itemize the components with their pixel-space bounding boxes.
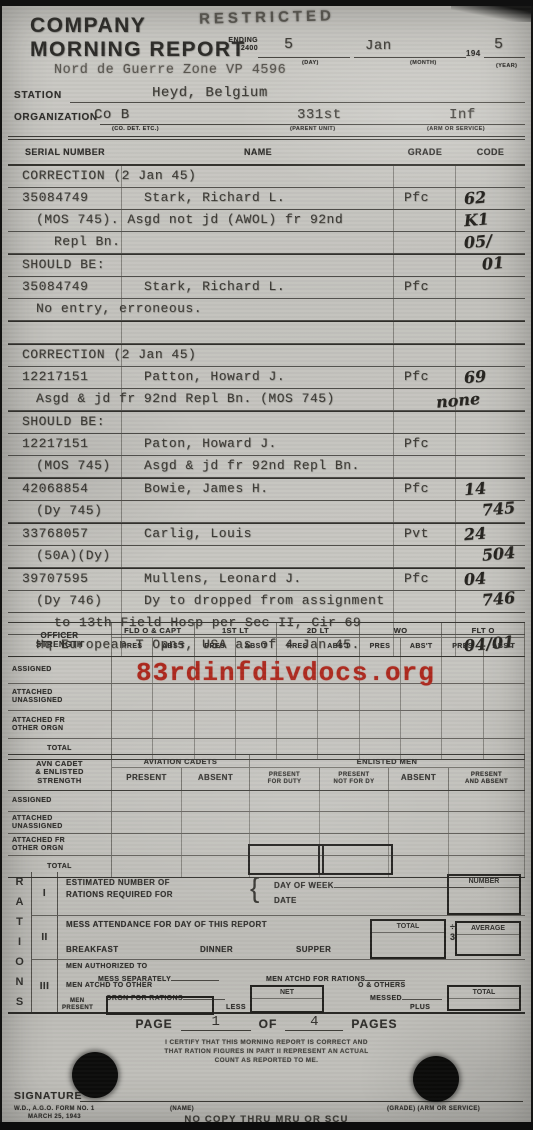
subcol-pres: PRES [195, 638, 236, 656]
records-header: SERIAL NUMBER NAME GRADE CODE [8, 140, 525, 166]
station-value: Heyd, Belgium [152, 85, 268, 101]
name-cell [122, 210, 394, 231]
strength-cell [484, 684, 525, 710]
strength-cell [112, 812, 182, 833]
supper-label: SUPPER [296, 945, 331, 954]
officer-row-attached-other: ATTACHED FR OTHER ORGN [8, 711, 525, 739]
average-box: AVERAGE [455, 921, 521, 956]
estimated-label-2: RATIONS REQUIRED FOR [66, 890, 173, 899]
subcol-pres: PRES [360, 638, 401, 656]
group-aviation-cadets: AVIATION CADETS [112, 755, 250, 768]
col-grade: GRADE [394, 147, 456, 157]
name-cell [122, 546, 394, 567]
strength-cell [195, 711, 236, 738]
name-cell [122, 501, 394, 522]
serial-cell: CORRECTION (2 Jan 45) [8, 166, 122, 187]
subcol-pres: PRES [442, 638, 483, 656]
record-row: Repl Bn.05/ [8, 232, 525, 254]
strength-cell [112, 711, 153, 738]
row-label: ATTACHED UNASSIGNED [8, 812, 112, 833]
subcol-absent: ABSENT [182, 768, 250, 790]
record-row: SHOULD BE: [8, 411, 525, 434]
section-numeral-3: III [32, 960, 58, 1012]
serial-cell: No entry, erroneous. [8, 299, 122, 320]
record-row: 35084749Stark, Richard L.Pfc [8, 277, 525, 299]
strength-cell [182, 791, 250, 811]
strength-cell [277, 711, 318, 738]
strength-cell [320, 791, 389, 811]
grade-cell [394, 501, 456, 522]
subcol-abst: ABS'T [484, 638, 525, 656]
serial-cell: 39707595 [8, 569, 122, 590]
subcol-abst: ABS'T [401, 638, 442, 656]
strength-cell [442, 711, 483, 738]
report-month-value: Jan [365, 38, 392, 54]
strength-cell [360, 711, 401, 738]
grade-cell [394, 322, 456, 343]
name-cell [122, 255, 394, 276]
record-row: CORRECTION (2 Jan 45) [8, 166, 525, 188]
subcol-pres: PRES [277, 638, 318, 656]
serial-cell: (50A)(Dy) [8, 546, 122, 567]
pages-label: PAGES [351, 1017, 397, 1031]
row-label: ASSIGNED [8, 791, 112, 811]
total-present-not-box [318, 844, 393, 875]
avn-cadet-corner: AVN CADET & ENLISTED STRENGTH [8, 755, 112, 790]
station-label: STATION [14, 90, 62, 101]
section-numeral-2: II [32, 916, 58, 960]
name-cell [122, 322, 394, 343]
present-label: PRESENT [62, 1005, 93, 1011]
month-underline [354, 56, 466, 58]
men-atchd-other-label: MEN ATCHD TO OTHER [66, 982, 152, 989]
form-title-line2: MORNING REPORT [30, 38, 246, 62]
strength-cell [449, 834, 525, 855]
grade-cell: Pfc [394, 569, 456, 590]
grade-cell: Pfc [394, 277, 456, 298]
record-row: No entry, erroneous. [8, 299, 525, 321]
org-arm-value: Inf [449, 107, 476, 123]
strength-cell [112, 834, 182, 855]
page-line: PAGE 1 OF 4 PAGES [136, 1014, 398, 1031]
grade-cell [394, 255, 456, 276]
map-reference: Nord de Guerre Zone VP 4596 [54, 63, 286, 78]
strength-cell [389, 834, 449, 855]
row-label: ASSIGNED [8, 657, 112, 683]
name-cell [122, 412, 394, 433]
officer-strength-corner: OFFICER STRENGTH [8, 623, 112, 656]
strength-cell [389, 812, 449, 833]
col-2d-lt: 2D LT [277, 623, 360, 638]
strength-cell [484, 711, 525, 738]
ending-word: ENDING [228, 37, 258, 44]
month-sublabel: (MONTH) [410, 60, 437, 66]
serial-cell: 33768057 [8, 524, 122, 545]
serial-cell: (MOS 745). Asgd not jd (AWOL) fr 92nd [8, 210, 122, 231]
grade-cell: Pfc [394, 188, 456, 209]
archive-watermark: 83rdinfdivdocs.org [136, 658, 435, 688]
breakfast-label: BREAKFAST [66, 945, 119, 954]
grade-cell [394, 591, 456, 612]
row-label: ATTACHED UNASSIGNED [8, 684, 112, 710]
record-row: (Dy 745)745 [8, 501, 525, 523]
total-present-duty-box [248, 844, 324, 875]
col-fldo-capt: FLD O & CAPT [112, 623, 195, 638]
strength-cell [250, 812, 320, 833]
name-cell [122, 232, 394, 253]
rations-section: R A T I O N S I ESTIMATED NUMBER OF RATI… [8, 872, 525, 1014]
name-cell: Dy to dropped from assignment [122, 591, 394, 612]
name-cell [122, 299, 394, 320]
strength-cell [182, 834, 250, 855]
officer-row-attached-unassigned: ATTACHED UNASSIGNED [8, 684, 525, 711]
year-prefix: 194 [466, 49, 481, 58]
serial-cell: Repl Bn. [8, 232, 122, 253]
report-day-value: 5 [284, 36, 294, 53]
average-box-label: AVERAGE [457, 923, 519, 935]
signature-label: SIGNATURE [14, 1090, 82, 1102]
name-cell [122, 389, 394, 410]
serial-cell: SHOULD BE: [8, 412, 122, 433]
form-id: W.D., A.G.O. FORM NO. 1 MARCH 25, 1943 [14, 1105, 95, 1121]
dinner-label: DINNER [200, 945, 233, 954]
men-present-box [106, 996, 214, 1015]
section-numeral-1: I [32, 872, 58, 916]
serial-cell: 35084749 [8, 188, 122, 209]
col-serial-number: SERIAL NUMBER [8, 147, 122, 157]
messed-label: MESSED [370, 991, 442, 1002]
record-row: 12217151Paton, Howard J.Pfc [8, 434, 525, 456]
name-cell: Asgd & jd fr 92nd Repl Bn. [122, 456, 394, 477]
col-code: CODE [456, 147, 525, 157]
serial-cell: 35084749 [8, 277, 122, 298]
serial-cell: 12217151 [8, 367, 122, 388]
scanned-morning-report: RESTRICTED COMPANY MORNING REPORT ENDING… [2, 6, 531, 1122]
year-sublabel: (YEAR) [496, 63, 517, 69]
strength-cell [318, 711, 359, 738]
group-enlisted-men: ENLISTED MEN [250, 755, 525, 768]
net-box: NET [250, 985, 324, 1013]
serial-cell: 12217151 [8, 434, 122, 455]
col-flt-o: FLT O [442, 623, 525, 638]
strength-cell [484, 657, 525, 683]
station-underline [70, 101, 525, 103]
name-cell: Carlig, Louis [122, 524, 394, 545]
serial-cell: 42068854 [8, 479, 122, 500]
subcol-present-not-for-dy: PRESENT NOT FOR DY [320, 768, 389, 790]
strength-cell [153, 711, 194, 738]
page-number: 1 [181, 1014, 251, 1031]
enlisted-table-header: AVN CADET & ENLISTED STRENGTH AVIATION C… [8, 755, 525, 791]
serial-cell: (Dy 745) [8, 501, 122, 522]
record-row: (MOS 745)Asgd & jd fr 92nd Repl Bn. [8, 456, 525, 478]
date-label: DATE [274, 896, 297, 905]
scan-corner-shadow [451, 6, 531, 22]
name-cell: Mullens, Leonard J. [122, 569, 394, 590]
grade-cell [394, 456, 456, 477]
grade-arm-sublabel: (GRADE) (ARM OR SERVICE) [387, 1106, 480, 1112]
record-row: (Dy 746)Dy to dropped from assignment746 [8, 591, 525, 613]
record-row: (MOS 745). Asgd not jd (AWOL) fr 92ndK1 [8, 210, 525, 232]
enlisted-row-attached-unassigned: ATTACHED UNASSIGNED [8, 812, 525, 834]
strength-cell [442, 657, 483, 683]
certification-text: I CERTIFY THAT THIS MORNING REPORT IS CO… [107, 1038, 427, 1065]
name-cell: Stark, Richard L. [122, 277, 394, 298]
pages-total: 4 [285, 1014, 343, 1031]
serial-cell: CORRECTION (2 Jan 45) [8, 345, 122, 366]
number-box-label: NUMBER [449, 876, 519, 888]
grade-cell: Pvt [394, 524, 456, 545]
year-underline [484, 56, 525, 58]
men-authorized-label: MEN AUTHORIZED TO [66, 963, 147, 970]
serial-cell: (Dy 746) [8, 591, 122, 612]
serial-cell: SHOULD BE: [8, 255, 122, 276]
mess-total-box: TOTAL [370, 919, 446, 959]
ending-time: 2400 [241, 45, 258, 52]
mess-attendance-label: MESS ATTENDANCE FOR DAY OF THIS REPORT [66, 920, 267, 929]
of-label: OF [259, 1017, 278, 1031]
col-name: NAME [122, 147, 394, 157]
record-row: 12217151Patton, Howard J.Pfc69 [8, 367, 525, 389]
record-row: (50A)(Dy)504 [8, 546, 525, 568]
men-label: MEN [70, 998, 85, 1004]
number-box: NUMBER [447, 874, 521, 915]
record-row: 35084749Stark, Richard L.Pfc62 [8, 188, 525, 210]
less-label: LESS [226, 1004, 246, 1011]
signature-line [80, 1101, 523, 1102]
row-label: ATTACHED FR OTHER ORGN [8, 834, 112, 855]
strength-cell [236, 711, 277, 738]
form-title-line1: COMPANY [30, 14, 146, 38]
serial-cell: (MOS 745) [8, 456, 122, 477]
punch-hole-right [413, 1056, 459, 1102]
grade-cell: Pfc [394, 479, 456, 500]
strength-cell [442, 684, 483, 710]
name-cell [122, 166, 394, 187]
grade-cell [394, 210, 456, 231]
record-row: CORRECTION (2 Jan 45) [8, 344, 525, 367]
subcol-present-and-absent: PRESENT AND ABSENT [449, 768, 525, 790]
name-cell: Paton, Howard J. [122, 434, 394, 455]
organization-underline [100, 123, 525, 125]
page-label: PAGE [136, 1017, 173, 1031]
grade-cell [394, 412, 456, 433]
officer-table-header: OFFICER STRENGTH FLD O & CAPT 1ST LT 2D … [8, 623, 525, 657]
row-label: ATTACHED FR OTHER ORGN [8, 711, 112, 738]
record-row: SHOULD BE:01 [8, 254, 525, 277]
rations-section-1: ESTIMATED NUMBER OF RATIONS REQUIRED FOR… [58, 872, 525, 916]
strength-cell [401, 711, 442, 738]
strength-cell [449, 791, 525, 811]
serial-cell [8, 322, 122, 343]
grade-cell [394, 299, 456, 320]
record-row: 39707595Mullens, Leonard J.Pfc04 [8, 568, 525, 591]
officer-strength-table: OFFICER STRENGTH FLD O & CAPT 1ST LT 2D … [8, 622, 525, 760]
strength-cell [250, 791, 320, 811]
rations-side-label: R A T I O N S [8, 872, 32, 1012]
strength-cell [449, 812, 525, 833]
name-cell [122, 345, 394, 366]
day-underline [258, 56, 350, 58]
subcol-en-absent: ABSENT [389, 768, 449, 790]
rations-section-2: MESS ATTENDANCE FOR DAY OF THIS REPORT B… [58, 916, 525, 960]
scan-edge-bottom [0, 1122, 533, 1130]
strength-cell [182, 812, 250, 833]
records-table: SERIAL NUMBER NAME GRADE CODE CORRECTION… [8, 136, 525, 657]
report-year-value: 5 [494, 36, 504, 53]
record-row: 33768057Carlig, LouisPvt24 [8, 523, 525, 546]
strength-cell [389, 791, 449, 811]
estimated-label-1: ESTIMATED NUMBER OF [66, 878, 170, 887]
grade-cell [394, 166, 456, 187]
grade-cell: Pfc [394, 367, 456, 388]
strength-cell [112, 791, 182, 811]
enlisted-row-assigned: ASSIGNED [8, 791, 525, 812]
subcol-pres: PRES [112, 638, 153, 656]
restricted-stamp: RESTRICTED [198, 7, 334, 28]
ending-label: ENDING 2400 [224, 37, 258, 53]
record-row: Asgd & jd fr 92nd Repl Bn. (MOS 745)none [8, 389, 525, 411]
org-parent-value: 331st [297, 107, 342, 123]
col-wo: WO [360, 623, 443, 638]
rations-section-3: MEN AUTHORIZED TO MESS SEPARATELY MEN AT… [58, 960, 525, 1012]
grade-cell [394, 546, 456, 567]
grade-cell [394, 232, 456, 253]
col-1st-lt: 1ST LT [195, 623, 278, 638]
name-cell: Patton, Howard J. [122, 367, 394, 388]
org-arm-sublabel: (ARM OR SERVICE) [427, 126, 485, 132]
name-cell: Bowie, James H. [122, 479, 394, 500]
net-box-label: NET [252, 987, 322, 999]
grade-cell [394, 345, 456, 366]
name-cell: Stark, Richard L. [122, 188, 394, 209]
organization-label: ORGANIZATION [14, 112, 98, 123]
day-sublabel: (DAY) [302, 60, 319, 66]
subcol-abst: ABS'T [153, 638, 194, 656]
rations-total-box: TOTAL [447, 985, 521, 1011]
subcol-abst: ABS'T [236, 638, 277, 656]
punch-hole-left [72, 1052, 118, 1098]
strength-cell [320, 812, 389, 833]
o-and-others-label: O & OTHERS [358, 982, 406, 989]
name-sublabel: (NAME) [170, 1106, 194, 1112]
mess-total-label: TOTAL [372, 921, 444, 933]
brace-glyph: { [250, 872, 259, 904]
subcol-present: PRESENT [112, 768, 182, 790]
subcol-abst: ABS'T [318, 638, 359, 656]
rations-total-label: TOTAL [449, 987, 519, 999]
plus-label: PLUS [410, 1004, 430, 1011]
serial-cell: Asgd & jd fr 92nd Repl Bn. (MOS 745) [8, 389, 122, 410]
record-row: 42068854Bowie, James H.Pfc14 [8, 478, 525, 501]
subcol-present-for-duty: PRESENT FOR DUTY [250, 768, 320, 790]
org-company-sublabel: (CO. DET. ETC.) [112, 126, 159, 132]
org-parent-sublabel: (PARENT UNIT) [290, 126, 335, 132]
record-row [8, 321, 525, 344]
grade-cell: Pfc [394, 434, 456, 455]
org-company-value: Co B [94, 107, 130, 123]
